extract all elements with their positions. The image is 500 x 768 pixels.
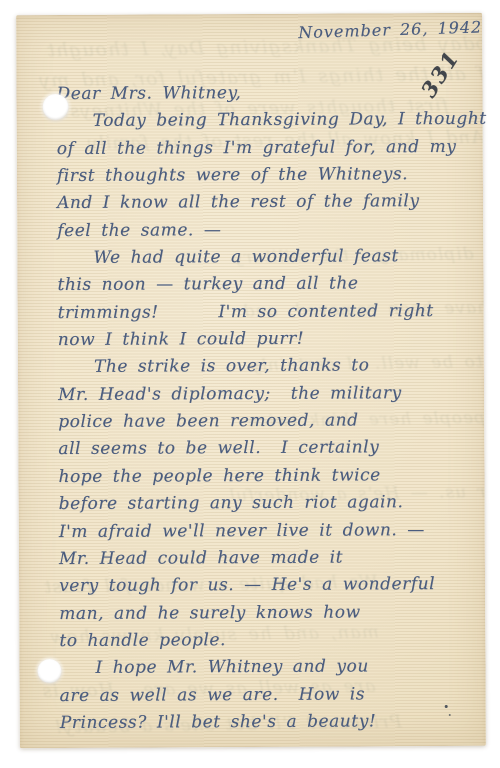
letter-line: Mr. Head's diplomacy; the military xyxy=(58,380,482,410)
letter-line: We had quite a wonderful feast xyxy=(57,243,481,273)
letter-line: all seems to be well. I certainly xyxy=(58,434,482,464)
letter-line: Today being Thanksgiving Day, I thought xyxy=(57,106,481,136)
letter-line: Dear Mrs. Whitney, xyxy=(56,79,480,109)
letter-line: now I think I could purr! xyxy=(58,325,482,355)
letter-line: of all the things I'm grateful for, and … xyxy=(57,133,481,163)
scanned-letter-view: Today being Thanksgiving Day, I thoughto… xyxy=(0,0,500,768)
letter-line: police have been removed, and xyxy=(58,407,482,437)
letter-line: Mr. Head could have made it xyxy=(59,544,483,574)
letter-line: I hope Mr. Whitney and you xyxy=(59,653,483,683)
letter-line: before starting any such riot again. xyxy=(59,489,483,519)
letter-line: I'm afraid we'll never live it down. — xyxy=(59,516,483,546)
ink-speck xyxy=(449,714,451,716)
punch-hole-top xyxy=(42,94,68,120)
letter-line: hope the people here think twice xyxy=(58,462,482,492)
letter-line: feel the same. — xyxy=(57,216,481,246)
letter-line: And I know all the rest of the family xyxy=(57,188,481,218)
letter-line: to handle people. xyxy=(59,626,483,656)
letter-line: very tough for us. — He's a wonderful xyxy=(59,571,483,601)
letter-line: The strike is over, thanks to xyxy=(58,352,482,382)
letter-line: Princess? I'll bet she's a beauty! xyxy=(60,708,484,738)
letter-line: first thoughts were of the Whitneys. xyxy=(57,161,481,191)
letter-line: are as well as we are. How is xyxy=(60,680,484,710)
letter-line: this noon — turkey and all the xyxy=(57,270,481,300)
punch-hole-bottom xyxy=(37,659,61,683)
letter-body: Dear Mrs. Whitney,Today being Thanksgivi… xyxy=(56,79,483,737)
ink-speck xyxy=(445,705,448,708)
letter-line: man, and he surely knows how xyxy=(59,598,483,628)
letter-page: Today being Thanksgiving Day, I thoughto… xyxy=(16,13,486,748)
letter-line: trimmings! I'm so contented right xyxy=(58,298,482,328)
